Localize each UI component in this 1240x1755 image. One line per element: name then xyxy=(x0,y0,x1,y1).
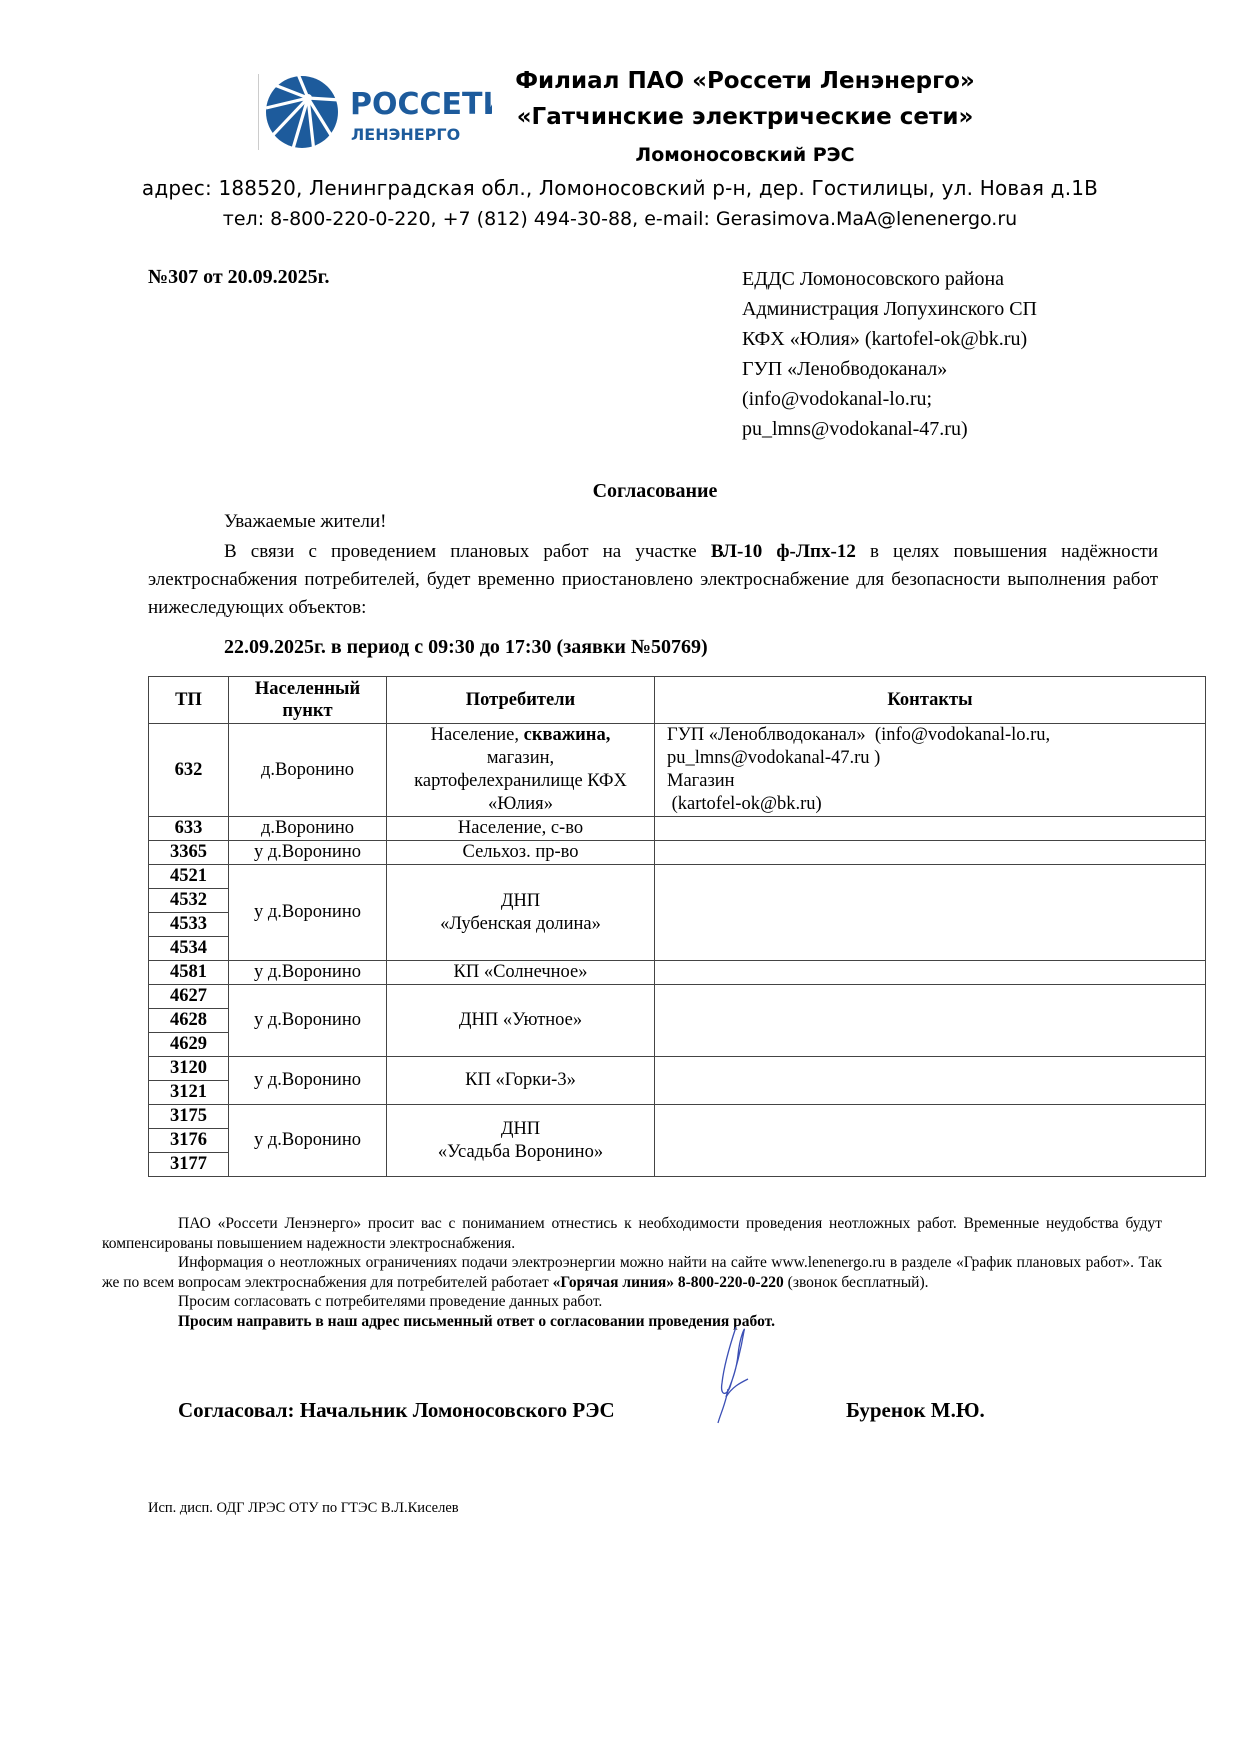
contact-line: Магазин xyxy=(667,770,1201,793)
header-contacts: Контакты xyxy=(655,677,1206,724)
contacts-cell xyxy=(655,961,1206,985)
consumers-cell: Сельхоз. пр-во xyxy=(387,841,655,865)
table-row: 632 д.Воронино Население, скважина, мага… xyxy=(149,724,1206,817)
contact-line: pu_lmns@vodokanal-47.ru ) xyxy=(667,747,1201,770)
org-title-line2: «Гатчинские электрические сети» xyxy=(470,104,1020,130)
hotline: «Горячая линия» 8-800-220-0-220 xyxy=(553,1274,784,1291)
handwritten-signature-icon xyxy=(700,1325,770,1425)
consumers-cell: Население, скважина, магазин, картофелех… xyxy=(387,724,655,817)
note-paragraph: Информация о неотложных ограничениях под… xyxy=(102,1253,1162,1292)
tp-cell: 4521 xyxy=(149,865,229,889)
note-paragraph: ПАО «Россети Ленэнерго» просит вас с пон… xyxy=(102,1214,1162,1253)
table-row: 4521 у д.Воронино ДНП«Лубенская долина» xyxy=(149,865,1206,889)
consumer-text: «Лубенская долина» xyxy=(440,914,601,934)
tp-cell: 3175 xyxy=(149,1105,229,1129)
org-contacts: тел: 8-800-220-0-220, +7 (812) 494-30-88… xyxy=(0,208,1240,230)
tp-cell: 3177 xyxy=(149,1153,229,1177)
table-header-row: ТП Населенный пункт Потребители Контакты xyxy=(149,677,1206,724)
header-consumers: Потребители xyxy=(387,677,655,724)
table-row: 633 д.Воронино Население, с-во xyxy=(149,817,1206,841)
letter-reference: №307 от 20.09.2025г. xyxy=(148,266,329,289)
tp-cell: 632 xyxy=(149,724,229,817)
tp-cell: 4628 xyxy=(149,1009,229,1033)
contacts-cell xyxy=(655,817,1206,841)
consumer-text: «Усадьба Воронино» xyxy=(438,1142,603,1162)
org-title-line1: Филиал ПАО «Россети Ленэнерго» xyxy=(470,68,1020,94)
org-title-line3: Ломоносовский РЭС xyxy=(470,144,1020,166)
approval-label: Согласовал: Начальник Ломоносовского РЭС xyxy=(178,1398,615,1423)
line-section: ВЛ-10 ф-Лпх-12 xyxy=(711,541,856,562)
place-cell: д.Воронино xyxy=(229,724,387,817)
header-place: Населенный пункт xyxy=(229,677,387,724)
notes-section: ПАО «Россети Ленэнерго» просит вас с пон… xyxy=(102,1214,1162,1331)
place-cell: у д.Воронино xyxy=(229,841,387,865)
consumers-cell: КП «Горки-3» xyxy=(387,1057,655,1105)
tp-cell: 3365 xyxy=(149,841,229,865)
contacts-cell xyxy=(655,1057,1206,1105)
recipient: (info@vodokanal-lo.ru; xyxy=(742,384,1037,414)
tp-cell: 4532 xyxy=(149,889,229,913)
intro-paragraph: В связи с проведением плановых работ на … xyxy=(148,538,1158,622)
header-tp: ТП xyxy=(149,677,229,724)
objects-table: ТП Населенный пункт Потребители Контакты… xyxy=(148,676,1206,1177)
recipient: pu_lmns@vodokanal-47.ru) xyxy=(742,414,1037,444)
recipients-list: ЕДДС Ломоносовского района Администрация… xyxy=(742,264,1037,444)
tp-cell: 4534 xyxy=(149,937,229,961)
document-title: Согласование xyxy=(0,480,1240,503)
contacts-cell xyxy=(655,985,1206,1057)
consumers-cell: Население, с-во xyxy=(387,817,655,841)
recipient: ГУП «Ленобводоканал» xyxy=(742,354,1037,384)
contacts-cell: ГУП «Леноблводоканал» (info@vodokanal-lo… xyxy=(655,724,1206,817)
tp-cell: 4581 xyxy=(149,961,229,985)
place-cell: у д.Воронино xyxy=(229,1057,387,1105)
rosseti-logo-icon: РОССЕТИ ЛЕНЭНЕРГО xyxy=(262,72,492,152)
table-row: 3120 у д.Воронино КП «Горки-3» xyxy=(149,1057,1206,1081)
table-row: 4581 у д.Воронино КП «Солнечное» xyxy=(149,961,1206,985)
tp-cell: 4629 xyxy=(149,1033,229,1057)
place-cell: у д.Воронино xyxy=(229,961,387,985)
note-request: Просим направить в наш адрес письменный … xyxy=(178,1313,775,1330)
contact-line: (kartofel-ok@bk.ru) xyxy=(667,793,1201,816)
contacts-cell xyxy=(655,1105,1206,1177)
consumer-text: Население, xyxy=(431,725,524,745)
tp-cell: 3120 xyxy=(149,1057,229,1081)
consumer-text: картофелехранилище КФХ xyxy=(414,771,627,791)
consumers-cell: ДНП «Уютное» xyxy=(387,985,655,1057)
place-cell: у д.Воронино xyxy=(229,1105,387,1177)
consumer-text: «Юлия» xyxy=(488,794,553,814)
consumers-cell: КП «Солнечное» xyxy=(387,961,655,985)
note-paragraph: Просим направить в наш адрес письменный … xyxy=(102,1312,1162,1332)
contacts-cell xyxy=(655,865,1206,961)
place-cell: д.Воронино xyxy=(229,817,387,841)
table-row: 3175 у д.Воронино ДНП«Усадьба Воронино» xyxy=(149,1105,1206,1129)
consumers-cell: ДНП«Усадьба Воронино» xyxy=(387,1105,655,1177)
tp-cell: 633 xyxy=(149,817,229,841)
consumer-text: ДНП xyxy=(501,891,540,911)
consumers-cell: ДНП«Лубенская долина» xyxy=(387,865,655,961)
recipient: ЕДДС Ломоносовского района xyxy=(742,264,1037,294)
consumer-text: ДНП xyxy=(501,1119,540,1139)
recipient: Администрация Лопухинского СП xyxy=(742,294,1037,324)
table-row: 3365 у д.Воронино Сельхоз. пр-во xyxy=(149,841,1206,865)
table-row: 4627 у д.Воронино ДНП «Уютное» xyxy=(149,985,1206,1009)
approver-name: Буренок М.Ю. xyxy=(846,1398,985,1423)
outage-period: 22.09.2025г. в период с 09:30 до 17:30 (… xyxy=(224,636,708,659)
tp-cell: 3176 xyxy=(149,1129,229,1153)
note-text: (звонок бесплатный). xyxy=(784,1274,929,1291)
place-cell: у д.Воронино xyxy=(229,985,387,1057)
consumer-text: магазин, xyxy=(487,748,554,768)
executor-line: Исп. дисп. ОДГ ЛРЭС ОТУ по ГТЭС В.Л.Кисе… xyxy=(148,1500,459,1517)
recipient: КФХ «Юлия» (kartofel-ok@bk.ru) xyxy=(742,324,1037,354)
tp-cell: 3121 xyxy=(149,1081,229,1105)
contacts-cell xyxy=(655,841,1206,865)
logo-sub: ЛЕНЭНЕРГО xyxy=(351,125,460,144)
tp-cell: 4627 xyxy=(149,985,229,1009)
place-cell: у д.Воронино xyxy=(229,865,387,961)
consumer-well: скважина, xyxy=(524,725,611,745)
logo-divider xyxy=(258,74,259,150)
contact-line: ГУП «Леноблводоканал» (info@vodokanal-lo… xyxy=(667,724,1201,747)
greeting: Уважаемые жители! xyxy=(224,511,386,533)
note-paragraph: Просим согласовать с потребителями прове… xyxy=(102,1292,1162,1312)
tp-cell: 4533 xyxy=(149,913,229,937)
intro-text: В связи с проведением плановых работ на … xyxy=(224,541,711,562)
org-address: адрес: 188520, Ленинградская обл., Ломон… xyxy=(0,176,1240,200)
